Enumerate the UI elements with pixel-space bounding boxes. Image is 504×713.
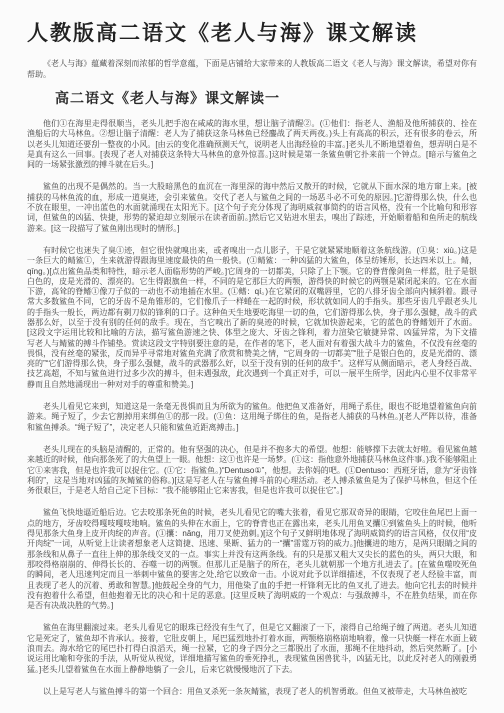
paragraph-3: 有时候它也迷失了臭①迹，但它很快就嗅出来，或者嗅出一点儿影子，于是它就紧紧地顺着… xyxy=(27,246,477,390)
paragraph-6: 鲨鱼飞快地逼近船后边。它去咬那条死鱼的时候，老头儿看见它的嘴大张着，看见它那双奇… xyxy=(27,508,477,611)
paragraph-7: 鲨鱼在海里翻滚过来。老头儿看见它的眼珠已经没有生气了，但是它又翻滚了一下，滚得自… xyxy=(27,623,477,674)
paragraph-5: 老头儿现在的头脑是清醒的，正常的。他有坚强的决心，但是并不抱多大的希望。他想：能… xyxy=(27,445,477,496)
paragraph-8: 以上是写老人与鲨鱼搏斗的第一个回合：用鱼叉杀死一条灰鲭鲨，表现了老人的机智勇敢。… xyxy=(27,687,477,697)
article-body: 他们①在海里走得很顺当，老头儿把手泡在咸咸的海水里，想让脑子清醒②。(①他们：指… xyxy=(27,119,477,697)
paragraph-1: 他们①在海里走得很顺当，老头儿把手泡在咸咸的海水里，想让脑子清醒②。(①他们：指… xyxy=(27,119,477,170)
intro-paragraph: 《老人与海》蕴藏着深刻而浓郁的哲学意蕴，下面是店铺给大家带来的人教版高二语文《老… xyxy=(27,59,477,80)
document-page: 人教版高二语文《老人与海》课文解读 《老人与海》蕴藏着深刻而浓郁的哲学意蕴，下面… xyxy=(0,0,504,713)
paragraph-2: 鲨鱼的出现不是偶然的。当一大股暗黑色的血沉在一海里深的海中然后又散开的时候，它就… xyxy=(27,182,477,233)
section-heading: 高二语文《老人与海》课文解读一 xyxy=(27,90,477,106)
document-title: 人教版高二语文《老人与海》课文解读 xyxy=(27,22,477,46)
paragraph-4: 老头儿看见它来到，知道这是一条毫无畏惧而且为所欲为的鲨鱼。他把鱼叉准备好，用绳子… xyxy=(27,402,477,433)
